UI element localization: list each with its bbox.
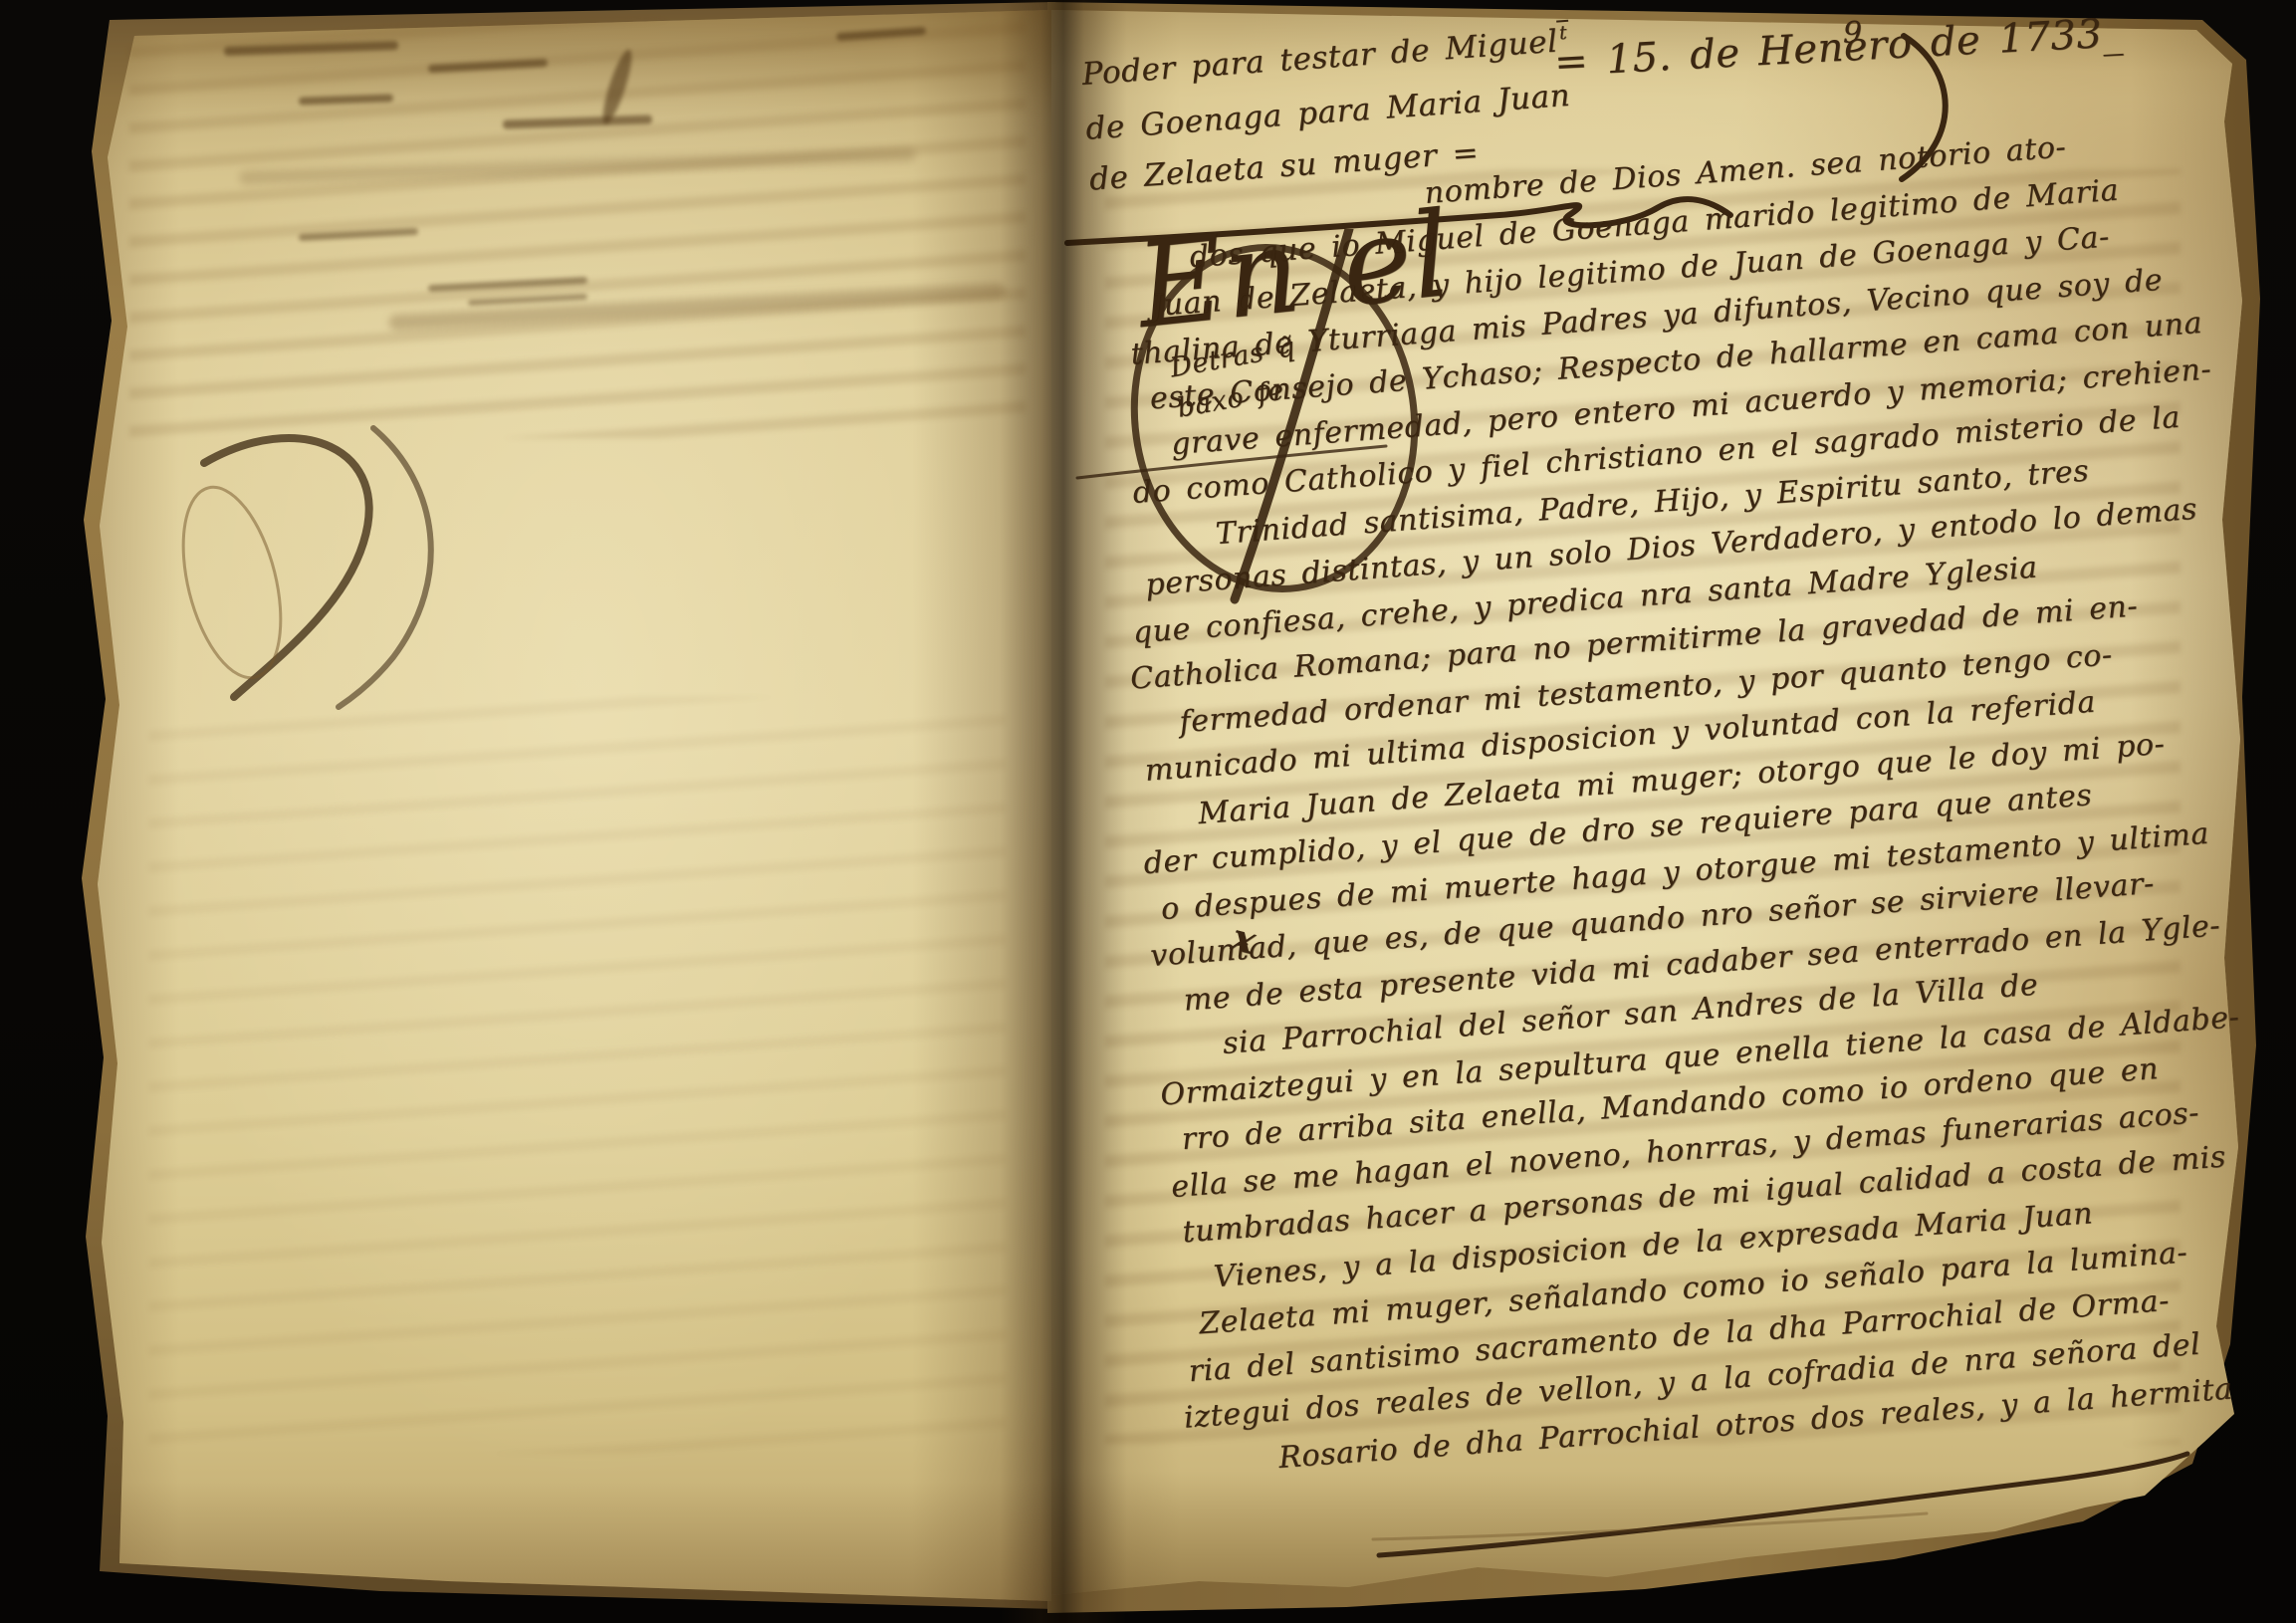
left-page xyxy=(90,8,1051,1601)
page-number: 9 xyxy=(1843,16,1863,51)
pencil-oval-outline xyxy=(164,468,304,697)
manuscript-scan: Poder para testar de Miguelt de Goenaga … xyxy=(0,0,2296,1623)
manuscript-body: nombre de Dios Amen. sea notorio ato- do… xyxy=(1095,111,2296,1488)
closing-flourish xyxy=(1369,1444,2205,1583)
